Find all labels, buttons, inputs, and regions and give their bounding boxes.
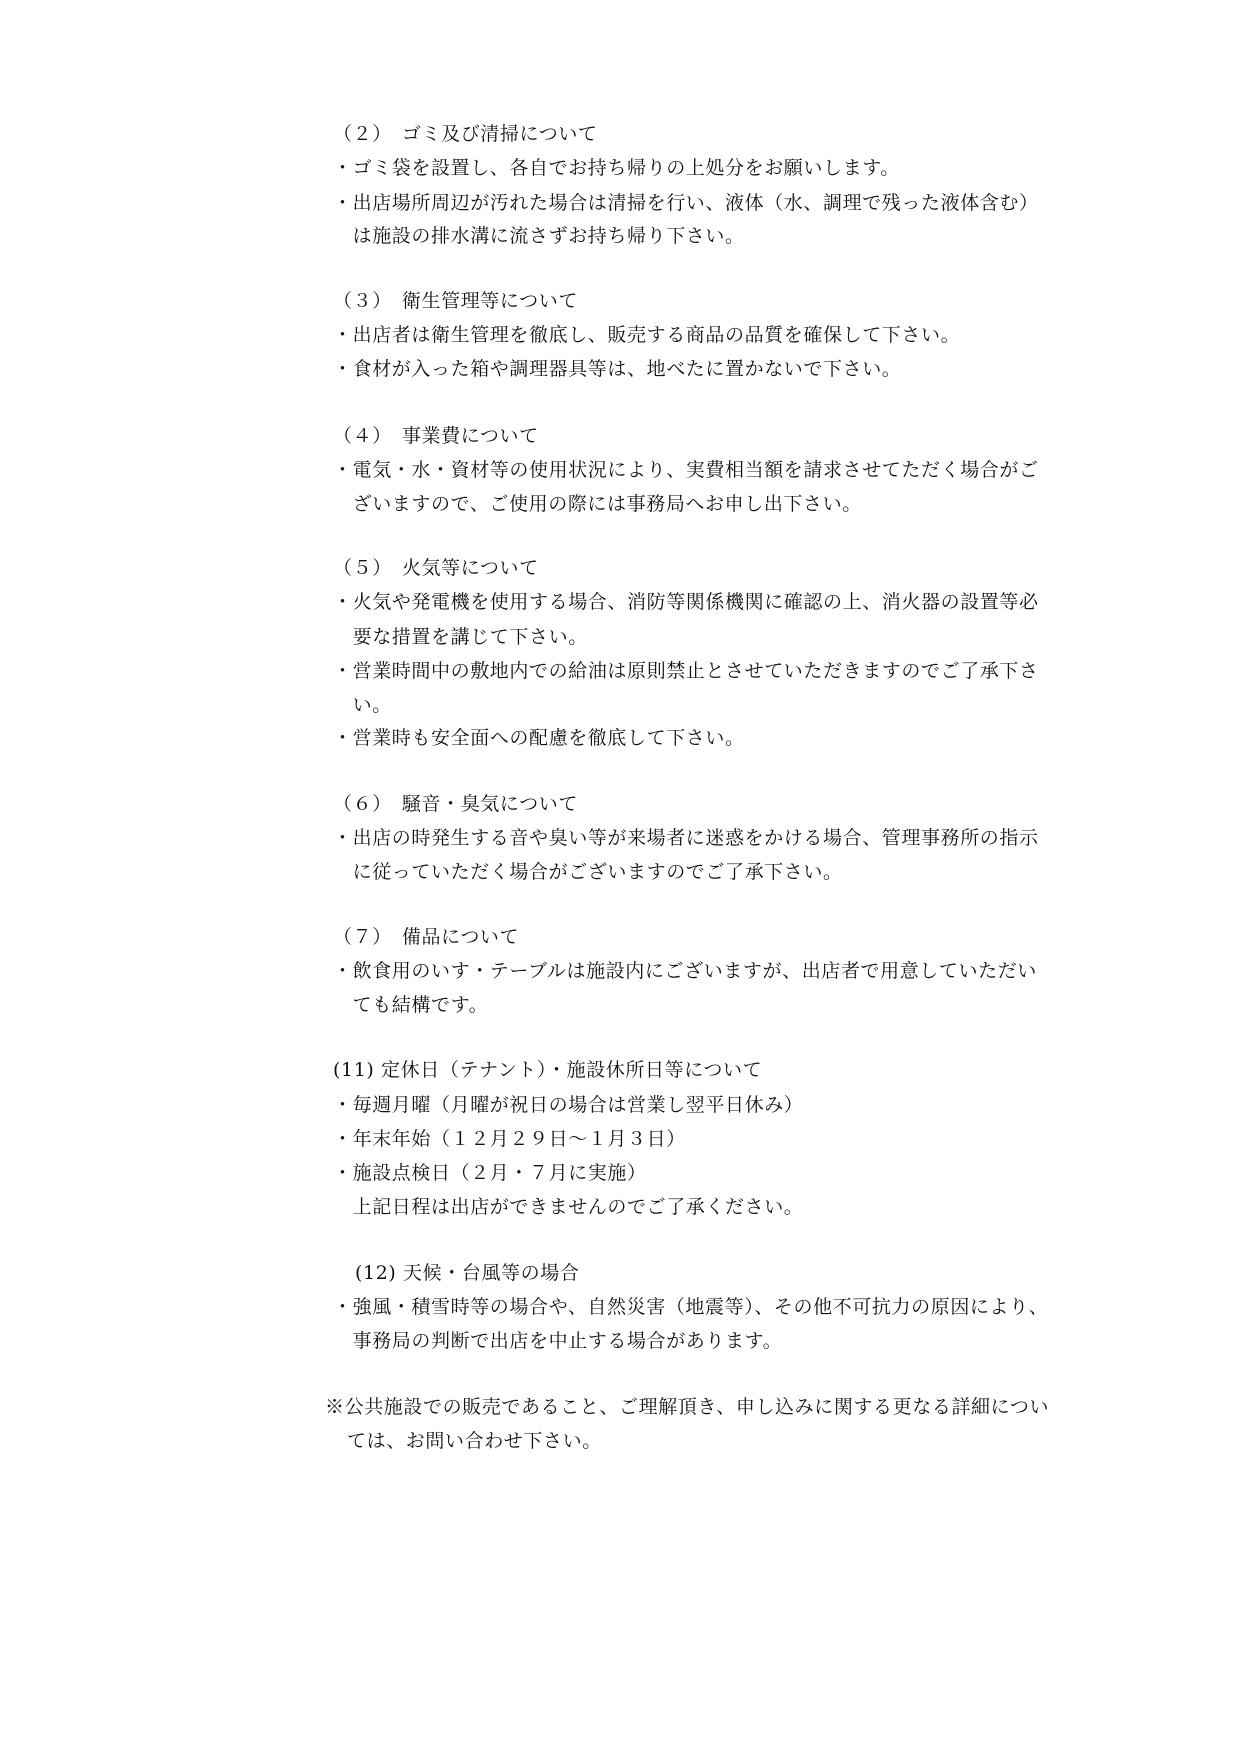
bullet-continuation: は施設の排水溝に流さずお持ち帰り下さい。 <box>333 224 745 248</box>
bullet-line: ・電気・水・資材等の使用状況により、実費相当額を請求させてただく場合がご <box>333 458 1039 482</box>
bullet-line: ・施設点検日（２月・７月に実施） <box>333 1161 647 1185</box>
bullet-continuation: に従っていただく場合がございますのでご了承下さい。 <box>333 860 843 884</box>
section-heading-holidays: (11) 定休日（テナント）・施設休所日等について <box>333 1058 762 1082</box>
bullet-line: ・毎週月曜（月曜が祝日の場合は営業し翌平日休み） <box>333 1093 803 1117</box>
section-heading-hygiene: （３） 衛生管理等について <box>333 289 578 313</box>
bullet-line: ・出店の時発生する音や臭い等が来場者に迷惑をかける場合、管理事務所の指示 <box>333 826 1039 850</box>
bullet-line: ・ゴミ袋を設置し、各自でお持ち帰りの上処分をお願いします。 <box>333 156 900 180</box>
bullet-line: ・営業時間中の敷地内での給油は原則禁止とさせていただきますのでご了承下さ <box>333 659 1039 683</box>
section-heading-noise-odor: （６） 騒音・臭気について <box>333 792 578 816</box>
section-heading-weather: (12) 天候・台風等の場合 <box>355 1261 579 1285</box>
bullet-continuation: 上記日程は出店ができませんのでご了承ください。 <box>333 1195 803 1219</box>
bullet-line: ・強風・積雪時等の場合や、自然災害（地震等）、その他不可抗力の原因により、 <box>333 1295 1048 1319</box>
closing-note: ※公共施設での販売であること、ご理解頂き、申し込みに関する更なる詳細につい <box>325 1395 1049 1419</box>
bullet-line: ・出店場所周辺が汚れた場合は清掃を行い、液体（水、調理で残った液体含む） <box>333 191 1039 215</box>
section-heading-expenses: （４） 事業費について <box>333 424 539 448</box>
bullet-line: ・営業時も安全面への配慮を徹底して下さい。 <box>333 726 745 750</box>
section-heading-equipment: （７） 備品について <box>333 925 519 949</box>
bullet-continuation: ざいますので、ご使用の際には事務局へお申し出下さい。 <box>333 492 862 516</box>
bullet-continuation: 要な措置を講じて下さい。 <box>333 625 588 649</box>
bullet-line: ・出店者は衛生管理を徹底し、販売する商品の品質を確保して下さい。 <box>333 323 960 347</box>
bullet-line: ・年末年始（１２月２９日～１月３日） <box>333 1127 686 1151</box>
bullet-line: ・火気や発電機を使用する場合、消防等関係機関に確認の上、消火器の設置等必 <box>333 590 1039 614</box>
bullet-continuation: ても結構です。 <box>333 993 488 1017</box>
bullet-continuation: い。 <box>333 693 392 717</box>
section-heading-fire: （５） 火気等について <box>333 556 539 580</box>
bullet-line: ・食材が入った箱や調理器具等は、地べたに置かないで下さい。 <box>333 357 901 381</box>
document-page: （２） ゴミ及び清掃について ・ゴミ袋を設置し、各自でお持ち帰りの上処分をお願い… <box>0 0 1241 1755</box>
section-heading-garbage: （２） ゴミ及び清掃について <box>333 122 598 146</box>
bullet-line: ・飲食用のいす・テーブルは施設内にございますが、出店者で用意していただい <box>333 959 1037 983</box>
bullet-continuation: 事務局の判断で出店を中止する場合があります。 <box>333 1329 782 1353</box>
closing-note-continuation: ては、お問い合わせ下さい。 <box>347 1429 602 1453</box>
